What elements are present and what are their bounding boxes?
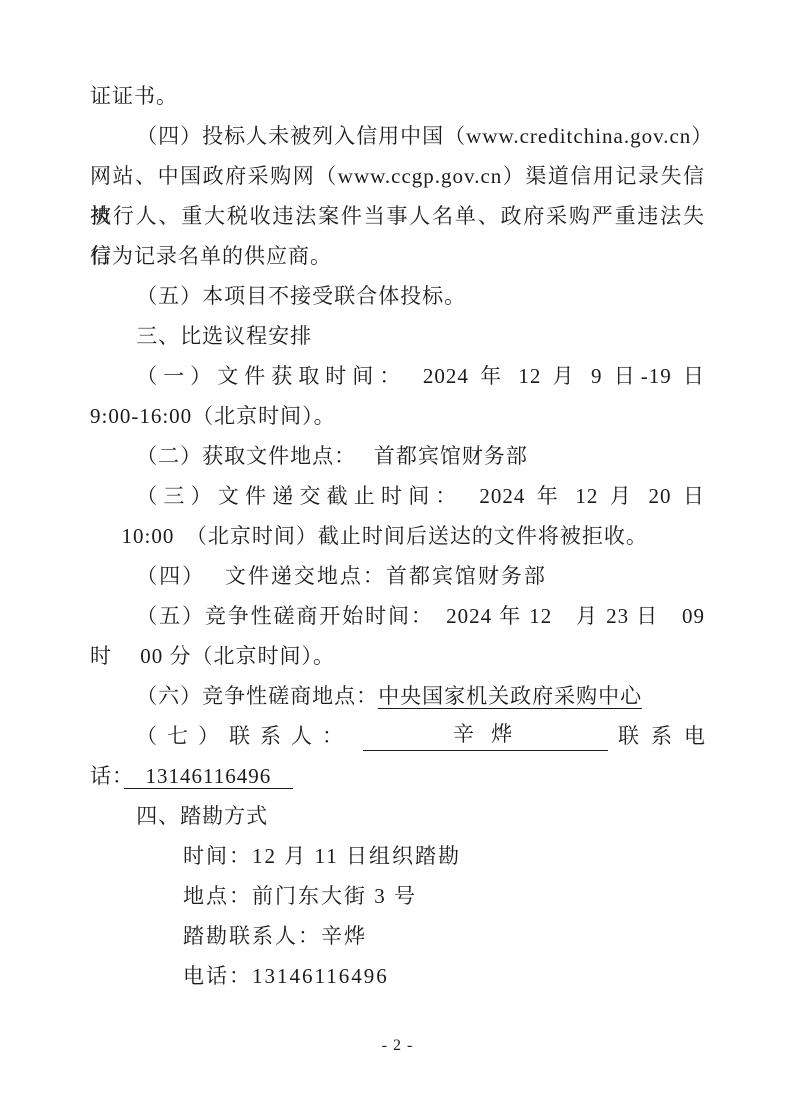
line-s4-time-text: 时间：12 月 11 日组织踏勘: [183, 844, 461, 868]
line-s3-item1-row2: 9:00-16:00（北京时间）。: [90, 396, 705, 436]
line-s4-place: 地点：前门东大街 3 号: [90, 876, 705, 916]
heading-section-3-text: 三、比选议程安排: [136, 324, 312, 348]
line-s3-item3-row1-text: （三）文件递交截止时间： 2024 年 12 月 20 日: [136, 484, 705, 508]
heading-section-4-text: 四、踏勘方式: [136, 804, 268, 828]
page-number: - 2 -: [90, 1036, 705, 1056]
line-s3-item7-row1-text: 联系电: [618, 716, 717, 756]
line-s3-item7-row2: 话： 13146116496: [90, 756, 705, 796]
line-s4-phone-text: 电话：13146116496: [183, 964, 389, 988]
line-item4-row2: 网站、中国政府采购网（www.ccgp.gov.cn）渠道信用记录失信被: [90, 156, 705, 196]
document-page: 证证书。（四）投标人未被列入信用中国（www.creditchina.gov.c…: [0, 0, 791, 1120]
line-item4-row3: 执行人、重大税收违法案件当事人名单、政府采购严重违法失信: [90, 196, 705, 236]
line-s3-item7-row1-text: （七）联系人：: [136, 716, 353, 756]
line-s3-item6-text: 中央国家机关政府采购中心: [378, 684, 642, 709]
line-s4-phone: 电话：13146116496: [90, 956, 705, 996]
heading-section-4: 四、踏勘方式: [90, 796, 705, 836]
line-cert-continuation-text: 证证书。: [90, 84, 178, 108]
line-s3-item5-row1: （五）竞争性磋商开始时间： 2024 年 12 月 23 日 09: [90, 596, 705, 636]
line-s3-item7-row2-text: 话：: [90, 764, 124, 788]
line-s3-item4-text: （四） 文件递交地点：首都宾馆财务部: [136, 564, 547, 588]
line-cert-continuation: 证证书。: [90, 76, 705, 116]
line-item4-row1-text: （四）投标人未被列入信用中国（www.creditchina.gov.cn）: [136, 124, 713, 148]
line-item4-row4-text: 行为记录名单的供应商。: [90, 244, 332, 268]
line-s3-item7-row2-text: 13146116496: [124, 764, 294, 789]
line-s3-item3-row1: （三）文件递交截止时间： 2024 年 12 月 20 日: [90, 476, 705, 516]
line-s3-item3-row2-text: 10:00 （北京时间）截止时间后送达的文件将被拒收。: [122, 524, 648, 548]
document-body: 证证书。（四）投标人未被列入信用中国（www.creditchina.gov.c…: [90, 76, 705, 996]
line-s3-item5-row1-text: （五）竞争性磋商开始时间： 2024 年 12 月 23 日 09: [136, 604, 705, 628]
line-s3-item1-row1: （一）文件获取时间： 2024 年 12 月 9 日-19 日: [90, 356, 705, 396]
line-s4-contact-text: 踏勘联系人：辛烨: [183, 924, 367, 948]
line-item5-text: （五）本项目不接受联合体投标。: [136, 284, 466, 308]
line-s4-place-text: 地点：前门东大街 3 号: [183, 884, 417, 908]
line-s4-time: 时间：12 月 11 日组织踏勘: [90, 836, 705, 876]
line-s3-item1-row2-text: 9:00-16:00（北京时间）。: [90, 404, 336, 428]
line-s3-item2-text: （二）获取文件地点： 首都宾馆财务部: [136, 444, 528, 468]
line-s3-item4: （四） 文件递交地点：首都宾馆财务部: [90, 556, 705, 596]
line-s3-item6-text: （六）竞争性磋商地点：: [136, 684, 378, 708]
line-item4-row1: （四）投标人未被列入信用中国（www.creditchina.gov.cn）: [90, 116, 705, 156]
line-s3-item7-row1-text: 辛 烨: [363, 716, 608, 751]
line-s3-item1-row1-text: （一）文件获取时间： 2024 年 12 月 9 日-19 日: [136, 364, 705, 388]
line-item4-row4: 行为记录名单的供应商。: [90, 236, 705, 276]
line-item5: （五）本项目不接受联合体投标。: [90, 276, 705, 316]
line-s3-item7-row1: （七）联系人：辛 烨联系电: [90, 716, 705, 756]
line-s3-item5-row2: 时 00 分（北京时间）。: [90, 636, 705, 676]
line-s4-contact: 踏勘联系人：辛烨: [90, 916, 705, 956]
line-s3-item3-row2: 10:00 （北京时间）截止时间后送达的文件将被拒收。: [90, 516, 705, 556]
heading-section-3: 三、比选议程安排: [90, 316, 705, 356]
line-s3-item2: （二）获取文件地点： 首都宾馆财务部: [90, 436, 705, 476]
line-s3-item6: （六）竞争性磋商地点：中央国家机关政府采购中心: [90, 676, 705, 716]
line-s3-item5-row2-text: 时 00 分（北京时间）。: [90, 644, 335, 668]
